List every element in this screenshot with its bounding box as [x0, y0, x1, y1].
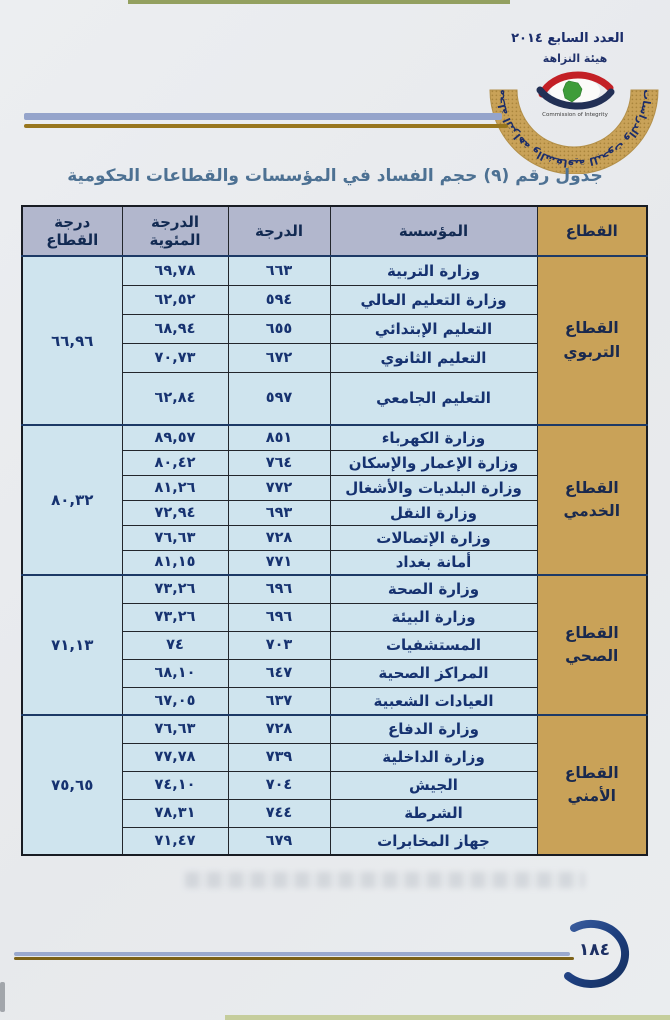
percent-cell: ٧٠,٧٣ [122, 343, 228, 372]
score-cell: ٧٤٤ [228, 799, 330, 827]
sector-cell: القطاع التربوي [537, 256, 647, 425]
score-cell: ٧٧١ [228, 550, 330, 575]
institution-cell: وزارة الإعمار والإسكان [330, 450, 537, 475]
institution-cell: التعليم الثانوي [330, 343, 537, 372]
percent-cell: ٧٨,٣١ [122, 799, 228, 827]
percent-cell: ٦٧,٠٥ [122, 687, 228, 715]
sector-cell: القطاع الأمني [537, 715, 647, 855]
footer-rule-blue [14, 952, 570, 956]
header-score: الدرجة [228, 206, 330, 256]
table-title: جدول رقم (٩) حجم الفساد في المؤسسات والق… [0, 166, 670, 186]
institution-cell: وزارة البيئة [330, 603, 537, 631]
institution-cell: وزارة الدفاع [330, 715, 537, 743]
institution-cell: وزارة النقل [330, 500, 537, 525]
score-cell: ٨٥١ [228, 425, 330, 450]
score-cell: ٦٧٩ [228, 827, 330, 855]
integrity-eye-icon: Commission of Integrity [531, 66, 619, 122]
journal-logo: هيئة النزاهة مجلة النزاهة والشفافية للبح… [486, 52, 664, 170]
percent-cell: ٧٤,١٠ [122, 771, 228, 799]
sector-score-cell: ٧١,١٣ [22, 575, 122, 715]
score-cell: ٧٢٨ [228, 525, 330, 550]
corruption-table: القطاع المؤسسة الدرجة الدرجة المئوية درج… [21, 205, 648, 856]
percent-cell: ٧٧,٧٨ [122, 743, 228, 771]
header-institution: المؤسسة [330, 206, 537, 256]
header-sector: القطاع [537, 206, 647, 256]
percent-cell: ٧٦,٦٣ [122, 525, 228, 550]
issue-label: العدد السابع ٢٠١٤ [511, 31, 624, 46]
score-cell: ٦٥٥ [228, 314, 330, 343]
score-cell: ٦٩٦ [228, 603, 330, 631]
sector-score-cell: ٧٥,٦٥ [22, 715, 122, 855]
score-cell: ٦٣٧ [228, 687, 330, 715]
institution-cell: المستشفيات [330, 631, 537, 659]
percent-cell: ٨٠,٤٢ [122, 450, 228, 475]
institution-cell: التعليم الإبتدائي [330, 314, 537, 343]
page-number: ١٨٤ [579, 940, 610, 960]
score-cell: ٧٢٨ [228, 715, 330, 743]
institution-cell: العيادات الشعبية [330, 687, 537, 715]
table-row: القطاع التربوي وزارة التربية ٦٦٣ ٦٩,٧٨ ٦… [22, 256, 647, 285]
institution-cell: أمانة بغداد [330, 550, 537, 575]
header-percent: الدرجة المئوية [122, 206, 228, 256]
percent-cell: ٧٦,٦٣ [122, 715, 228, 743]
percent-cell: ٧٣,٢٦ [122, 603, 228, 631]
institution-cell: التعليم الجامعي [330, 372, 537, 425]
header-rule-gold [24, 124, 508, 128]
institution-cell: وزارة التربية [330, 256, 537, 285]
institution-cell: وزارة الصحة [330, 575, 537, 603]
percent-cell: ٨١,١٥ [122, 550, 228, 575]
score-cell: ٧٠٣ [228, 631, 330, 659]
percent-cell: ٧٤ [122, 631, 228, 659]
score-cell: ٧٣٩ [228, 743, 330, 771]
score-cell: ٥٩٤ [228, 285, 330, 314]
scan-edge-strip-bottom [225, 1015, 670, 1020]
percent-cell: ٦٨,١٠ [122, 659, 228, 687]
percent-cell: ٦٢,٥٢ [122, 285, 228, 314]
table-row: القطاع الأمني وزارة الدفاع ٧٢٨ ٧٦,٦٣ ٧٥,… [22, 715, 647, 743]
percent-cell: ٧٣,٢٦ [122, 575, 228, 603]
table-row: القطاع الخدمي وزارة الكهرباء ٨٥١ ٨٩,٥٧ ٨… [22, 425, 647, 450]
table-row: القطاع الصحي وزارة الصحة ٦٩٦ ٧٣,٢٦ ٧١,١٣ [22, 575, 647, 603]
score-cell: ٦٩٦ [228, 575, 330, 603]
score-cell: ٦٦٣ [228, 256, 330, 285]
percent-cell: ٦٨,٩٤ [122, 314, 228, 343]
header-rule-blue [24, 113, 502, 120]
footer-rule-gold [14, 957, 574, 960]
logo-english-caption: Commission of Integrity [542, 112, 608, 118]
sector-cell: القطاع الصحي [537, 575, 647, 715]
scanned-journal-page: العدد السابع ٢٠١٤ هيئة النزاهة مجلة النز… [0, 0, 670, 1020]
table-header-row: القطاع المؤسسة الدرجة الدرجة المئوية درج… [22, 206, 647, 256]
score-cell: ٦٩٣ [228, 500, 330, 525]
percent-cell: ٧٢,٩٤ [122, 500, 228, 525]
institution-cell: وزارة الداخلية [330, 743, 537, 771]
sector-score-cell: ٦٦,٩٦ [22, 256, 122, 425]
score-cell: ٧٦٤ [228, 450, 330, 475]
reverse-page-ghosting [185, 872, 585, 888]
institution-cell: وزارة الكهرباء [330, 425, 537, 450]
institution-cell: جهاز المخابرات [330, 827, 537, 855]
percent-cell: ٨٩,٥٧ [122, 425, 228, 450]
header-sector-score: درجة القطاع [22, 206, 122, 256]
percent-cell: ٦٩,٧٨ [122, 256, 228, 285]
institution-cell: المراكز الصحية [330, 659, 537, 687]
score-cell: ٦٤٧ [228, 659, 330, 687]
sector-cell: القطاع الخدمي [537, 425, 647, 575]
sector-score-cell: ٨٠,٣٢ [22, 425, 122, 575]
institution-cell: الشرطة [330, 799, 537, 827]
logo-org-name: هيئة النزاهة [486, 52, 664, 65]
percent-cell: ٧١,٤٧ [122, 827, 228, 855]
institution-cell: الجيش [330, 771, 537, 799]
scan-edge-strip-top [128, 0, 510, 4]
percent-cell: ٨١,٢٦ [122, 475, 228, 500]
percent-cell: ٦٢,٨٤ [122, 372, 228, 425]
score-cell: ٥٩٧ [228, 372, 330, 425]
institution-cell: وزارة الإتصالات [330, 525, 537, 550]
score-cell: ٦٧٢ [228, 343, 330, 372]
scan-corner-smudge [0, 982, 5, 1012]
institution-cell: وزارة البلديات والأشغال [330, 475, 537, 500]
institution-cell: وزارة التعليم العالي [330, 285, 537, 314]
score-cell: ٧٠٤ [228, 771, 330, 799]
score-cell: ٧٧٢ [228, 475, 330, 500]
